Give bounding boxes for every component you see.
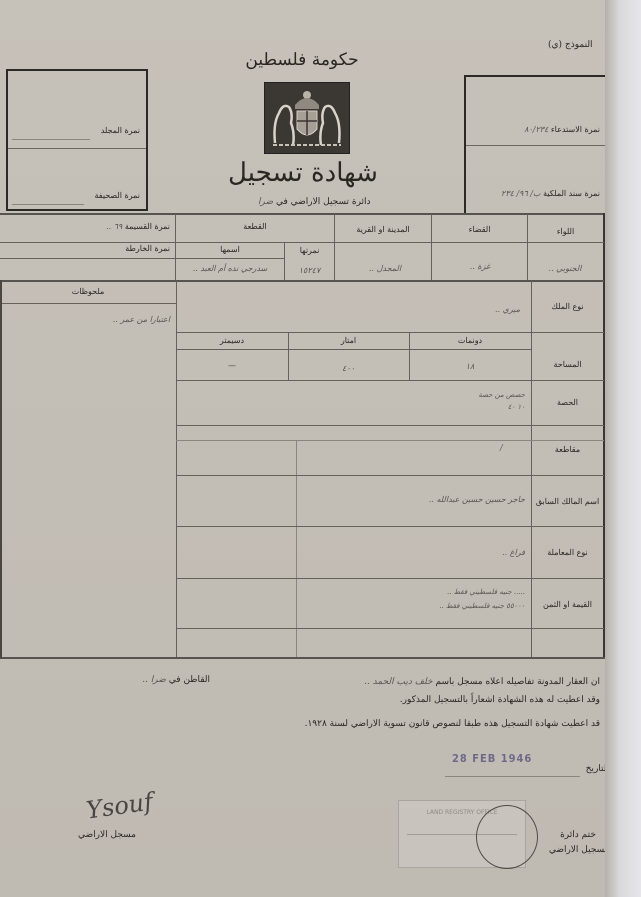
- header-meters: امتار: [288, 336, 409, 345]
- area-meters-value: ٤٠٠: [288, 364, 409, 373]
- parcel-number-value: ١٥٢٤٧: [286, 266, 333, 275]
- header-decimeters: دسيمتر: [176, 336, 288, 345]
- previous-owner-value: حاجر حسين حسين عبدالله ..: [370, 495, 525, 504]
- department-location: ضرا: [258, 197, 273, 207]
- row-divider: [176, 425, 604, 426]
- label-transaction-type: نوع المعاملة: [532, 548, 603, 557]
- town-village-value: المجدل ..: [345, 264, 425, 273]
- row-divider: [176, 349, 531, 350]
- row-divider: [176, 380, 604, 381]
- table-bottom-border: [0, 657, 606, 659]
- form-number: النموذج (ي): [548, 40, 593, 50]
- seal-label: ختم دائرة تسجيل الاراضي: [548, 828, 608, 858]
- box-divider: [466, 145, 606, 146]
- label-value-price: القيمة او الثمن: [532, 600, 603, 609]
- department-label: دائرة تسجيل الاراضي في: [276, 197, 371, 207]
- row-divider: [176, 475, 604, 476]
- header-parcel: القطعة: [176, 222, 334, 231]
- government-title: حكومة فلسطين: [232, 50, 372, 70]
- col-divider: [431, 214, 432, 280]
- table-top-border: [0, 213, 606, 215]
- date-line: [445, 776, 580, 777]
- notes-header-divider: [0, 303, 176, 304]
- scan-background-edge: [605, 0, 641, 897]
- transaction-type-value: فراغ ..: [440, 548, 525, 557]
- volume-page-box: نمرة المجلد نمرة الصحيفة: [6, 69, 148, 211]
- notes-value: اعتبارا من عمر ..: [60, 315, 170, 324]
- deed-value: ب/ ٩٦/ ٢٣٤: [501, 189, 541, 198]
- date-stamp: 28 FEB 1946: [452, 752, 532, 765]
- row-divider: [0, 258, 284, 259]
- application-field: نمرة الاستدعاء ٨٠/٢٣٤: [524, 125, 600, 134]
- certificate-title: شهادة تسجيل: [228, 158, 378, 188]
- value-price-line2: ٥٥٠٠٠ جنيه فلسطيني فقط ..: [340, 602, 525, 610]
- row-divider: [176, 526, 604, 527]
- header-dunams: دونمات: [409, 336, 531, 345]
- value-price-line1: ..... جنيه فلسطيني فقط ..: [340, 588, 525, 596]
- label-region: مقاطعة: [532, 445, 603, 454]
- registrar-signature: Ysouf: [84, 787, 154, 824]
- row-divider: [0, 242, 604, 243]
- label-area: المساحة: [532, 360, 603, 369]
- seal-circle-icon: [476, 805, 538, 869]
- volume-label: نمرة المجلد: [101, 126, 140, 135]
- header-town-village: المدينة او القرية: [335, 225, 431, 234]
- volume-value-line: [12, 139, 90, 140]
- block-number-value: ٦٩ ..: [106, 222, 122, 231]
- col-divider: [296, 440, 297, 658]
- registration-statement-line2: وقد اعطيت له هذه الشهادة اشعاراً بالتسجي…: [300, 695, 600, 705]
- header-block-number: نمرة القسيمة: [125, 222, 170, 231]
- deed-label: نمرة سند الملكية: [543, 189, 600, 198]
- district-value: الجنوبي ..: [535, 264, 595, 273]
- col-divider: [334, 214, 335, 280]
- area-decimeters-value: —: [176, 361, 288, 370]
- law-statement: قد اعطيت شهادة التسجيل هذه طبقا لنصوص قا…: [240, 719, 600, 729]
- block-number-field: نمرة القسيمة ٦٩ ..: [10, 222, 170, 231]
- region-value: /: [500, 443, 520, 452]
- share-value-line1: حصص من حصة: [400, 391, 525, 399]
- parcel-name-value: سدرجي نده أم العبد ..: [178, 264, 282, 273]
- resident-field: القاطن في ضرا ..: [120, 675, 210, 685]
- page-value-line: [12, 204, 84, 205]
- seal-label-line1: ختم دائرة: [548, 828, 608, 843]
- header-parcel-name: اسمها: [176, 245, 284, 254]
- row-divider: [176, 578, 604, 579]
- page-label: نمرة الصحيفة: [94, 191, 140, 200]
- department-line: دائرة تسجيل الاراضي في ضرا: [258, 197, 371, 207]
- row-divider: [176, 440, 604, 441]
- royal-crest-icon: [264, 82, 350, 154]
- header-parcel-number: نمرتها: [285, 246, 334, 255]
- row-divider: [0, 280, 604, 282]
- registrar-label: مسجل الاراضي: [66, 830, 136, 840]
- share-value-line2: ١٠ ٤٠: [400, 403, 525, 411]
- row-divider: [176, 332, 604, 333]
- box-divider: [8, 148, 146, 149]
- table-left-border: [0, 280, 2, 658]
- label-previous-owner: اسم المالك السابق: [532, 497, 603, 506]
- label-share: الحصة: [532, 398, 603, 407]
- certificate-page: النموذج (ي) حكومة فلسطين شهادة تسجيل دائ…: [0, 0, 612, 897]
- notes-header: ملحوظات: [0, 287, 176, 296]
- col-divider: [527, 214, 528, 280]
- statement-owner: خلف ديب الحمد ..: [364, 677, 433, 687]
- application-label: نمرة الاستدعاء: [551, 125, 600, 134]
- header-district: اللواء: [528, 227, 603, 236]
- area-dunams-value: ١٨: [409, 362, 531, 371]
- property-type-value: ميري ..: [380, 305, 520, 314]
- seal-label-line2: تسجيل الاراضي: [548, 843, 608, 858]
- registration-statement-line1: ان العقار المدونة تفاصيله اعلاه مسجل باس…: [290, 677, 600, 687]
- subdistrict-value: غزة ..: [440, 262, 520, 271]
- label-property-type: نوع الملك: [532, 302, 603, 311]
- statement-text: ان العقار المدونة تفاصيله اعلاه مسجل باس…: [435, 677, 600, 687]
- row-divider: [176, 628, 604, 629]
- header-subdistrict: القضاء: [432, 225, 527, 234]
- application-deed-box: نمرة الاستدعاء ٨٠/٢٣٤ نمرة سند الملكية ب…: [464, 75, 608, 215]
- header-map-number: نمرة الخارطة: [10, 244, 170, 253]
- deed-field: نمرة سند الملكية ب/ ٩٦/ ٢٣٤: [501, 189, 600, 198]
- resident-value: ضرا ..: [142, 675, 166, 685]
- application-value: ٨٠/٢٣٤: [524, 125, 548, 134]
- resident-label: القاطن في: [169, 675, 210, 685]
